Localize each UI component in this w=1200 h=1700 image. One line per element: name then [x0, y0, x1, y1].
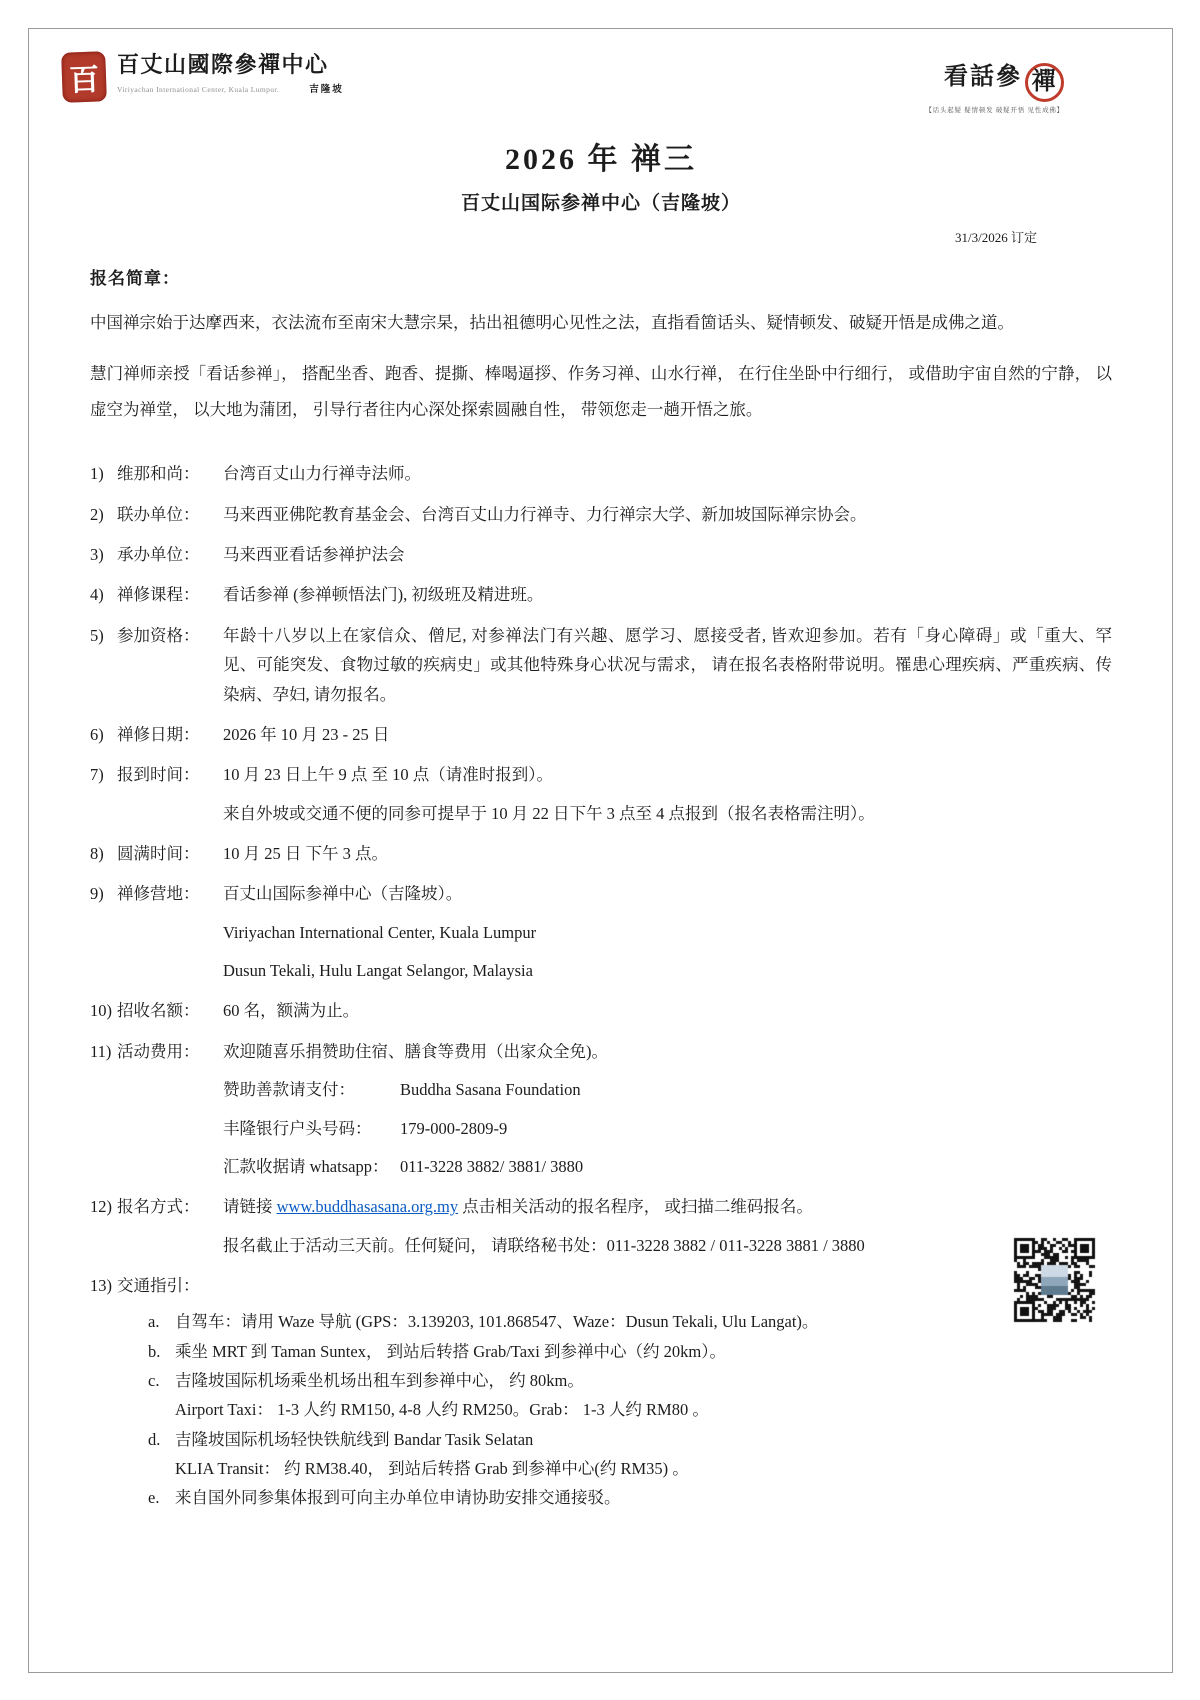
item-number: 12) — [90, 1192, 117, 1260]
item-line: 2026 年 10 月 23 - 25 日 — [223, 720, 1112, 749]
item-subline-label: 赞助善款请支付： — [223, 1075, 400, 1104]
item-line: 60 名，额满为止。 — [223, 996, 1112, 1025]
item-value: 10 月 23 日上午 9 点 至 10 点（请准时报到）。来自外坡或交通不便的… — [223, 760, 1112, 828]
item-value — [223, 1271, 1112, 1300]
center-name-kl: 吉隆坡 — [309, 81, 344, 95]
revision-note: 31/3/2026 订定 — [90, 227, 1112, 246]
list-item: 3)承办单位：马来西亚看话参禅护法会 — [90, 540, 1112, 569]
item-number: 10) — [90, 996, 117, 1025]
subitem-text: 吉隆坡国际机场乘坐机场出租车到参禅中心， 约 80km。Airport Taxi… — [175, 1366, 1112, 1425]
list-item: 4)禅修课程：看话参禅 (参禅顿悟法门), 初级班及精进班。 — [90, 580, 1112, 609]
item-line: 请链接 www.buddhasasana.org.my 点击相关活动的报名程序，… — [223, 1192, 1112, 1221]
section-heading: 报名简章： — [90, 264, 1112, 289]
item-number: 13) — [90, 1271, 117, 1300]
item-line: 马来西亚佛陀教育基金会、台湾百丈山力行禅寺、力行禅宗大学、新加坡国际禅宗协会。 — [223, 500, 1112, 529]
item-label: 圆满时间： — [117, 839, 223, 868]
intro-paragraph-2: 慧门禅师亲授「看话参禅」， 搭配坐香、跑香、提撕、棒喝逼拶、作务习禅、山水行禅，… — [90, 356, 1112, 427]
transport-subitem: a.自驾车：请用 Waze 导航 (GPS：3.139203, 101.8685… — [148, 1307, 1112, 1336]
item-line: 百丈山国际参禅中心（吉隆坡）。 — [223, 879, 1112, 908]
khp-logo-prefix: 看話參 — [944, 64, 1022, 90]
item-value: 2026 年 10 月 23 - 25 日 — [223, 720, 1112, 749]
item-number: 8) — [90, 839, 117, 868]
item-line: 年龄十八岁以上在家信众、僧尼, 对参禅法门有兴趣、愿学习、愿接受者, 皆欢迎参加… — [223, 621, 1112, 709]
item-value: 看话参禅 (参禅顿悟法门), 初级班及精进班。 — [223, 580, 1112, 609]
list-item: 9)禅修营地：百丈山国际参禅中心（吉隆坡）。Viriyachan Interna… — [90, 879, 1112, 985]
transport-sublist: a.自驾车：请用 Waze 导航 (GPS：3.139203, 101.8685… — [148, 1307, 1112, 1513]
list-item: 11)活动费用：欢迎随喜乐捐赞助住宿、膳食等费用（出家众全免)。赞助善款请支付：… — [90, 1037, 1112, 1181]
khp-logo-tagline: 【话头起疑 疑情顿发 破疑开悟 见性成佛】 — [925, 105, 1064, 114]
item-line: 赞助善款请支付：Buddha Sasana Foundation — [223, 1075, 1112, 1104]
transport-subitem: c.吉隆坡国际机场乘坐机场出租车到参禅中心， 约 80km。Airport Ta… — [148, 1366, 1112, 1425]
item-line: 台湾百丈山力行禅寺法师。 — [223, 459, 1112, 488]
item-label: 禅修营地： — [117, 879, 223, 985]
item-value: 百丈山国际参禅中心（吉隆坡）。Viriyachan International … — [223, 879, 1112, 985]
item-subline-label: 汇款收据请 whatsapp： — [223, 1152, 400, 1181]
registration-link[interactable]: www.buddhasasana.org.my — [277, 1197, 458, 1216]
item-label: 交通指引： — [117, 1271, 223, 1300]
item-value: 10 月 25 日 下午 3 点。 — [223, 839, 1112, 868]
list-item: 10)招收名额：60 名，额满为止。 — [90, 996, 1112, 1025]
khp-logo-ring-char: 禪 — [1025, 63, 1064, 102]
item-value: 马来西亚看话参禅护法会 — [223, 540, 1112, 569]
header: 百 百丈山國際參禪中心 Viriyachan International Cen… — [62, 52, 1112, 114]
item-subline-label: 丰隆银行户头号码： — [223, 1114, 400, 1143]
subitem-letter: a. — [148, 1307, 175, 1336]
subitem-line: 来自国外同参集体报到可向主办单位申请协助安排交通接驳。 — [175, 1483, 1112, 1512]
subitem-text: 乘坐 MRT 到 Taman Suntex， 到站后转搭 Grab/Taxi 到… — [175, 1337, 1112, 1366]
list-item: 5)参加资格：年龄十八岁以上在家信众、僧尼, 对参禅法门有兴趣、愿学习、愿接受者… — [90, 621, 1112, 709]
item-label: 禅修日期： — [117, 720, 223, 749]
document-page: { "colors": { "seal_red": "#b23a2b", "ri… — [0, 0, 1200, 1700]
list-item: 13)交通指引：a.自驾车：请用 Waze 导航 (GPS：3.139203, … — [90, 1271, 1112, 1513]
item-line: 10 月 23 日上午 9 点 至 10 点（请准时报到）。 — [223, 760, 1112, 789]
qr-code-canvas — [1012, 1236, 1096, 1324]
center-name-en: Viriyachan International Center, Kuala L… — [117, 85, 279, 94]
item-line: 欢迎随喜乐捐赞助住宿、膳食等费用（出家众全免)。 — [223, 1037, 1112, 1066]
intro-paragraph-1: 中国禅宗始于达摩西来，衣法流布至南宋大慧宗杲，拈出祖德明心见性之法，直指看箇话头… — [90, 305, 1112, 340]
item-label: 报名方式： — [117, 1192, 223, 1260]
subitem-letter: b. — [148, 1337, 175, 1366]
item-line: Viriyachan International Center, Kuala L… — [223, 918, 1112, 947]
items-list: 1)维那和尚：台湾百丈山力行禅寺法师。2)联办单位：马来西亚佛陀教育基金会、台湾… — [90, 459, 1112, 1512]
item-number: 9) — [90, 879, 117, 985]
subitem-line: 自驾车：请用 Waze 导航 (GPS：3.139203, 101.868547… — [175, 1307, 1112, 1336]
transport-subitem: b.乘坐 MRT 到 Taman Suntex， 到站后转搭 Grab/Taxi… — [148, 1337, 1112, 1366]
page-subtitle: 百丈山国际参禅中心（吉隆坡） — [90, 188, 1112, 215]
item-line: 报名截止于活动三天前。任何疑问， 请联络秘书处：011-3228 3882 / … — [223, 1231, 1112, 1260]
item-value: 马来西亚佛陀教育基金会、台湾百丈山力行禅寺、力行禅宗大学、新加坡国际禅宗协会。 — [223, 500, 1112, 529]
subitem-text: 吉隆坡国际机场轻快铁航线到 Bandar Tasik SelatanKLIA T… — [175, 1425, 1112, 1484]
subitem-line: KLIA Transit： 约 RM38.40， 到站后转搭 Grab 到参禅中… — [175, 1454, 1112, 1483]
subitem-line: 乘坐 MRT 到 Taman Suntex， 到站后转搭 Grab/Taxi 到… — [175, 1337, 1112, 1366]
item-value: 欢迎随喜乐捐赞助住宿、膳食等费用（出家众全免)。赞助善款请支付：Buddha S… — [223, 1037, 1112, 1181]
khp-logo-text: 看話參禪 — [925, 56, 1064, 102]
subitem-letter: d. — [148, 1425, 175, 1484]
center-logo-text: 百丈山國際參禪中心 Viriyachan International Cente… — [117, 52, 344, 95]
subitem-text: 来自国外同参集体报到可向主办单位申请协助安排交通接驳。 — [175, 1483, 1112, 1512]
item-number: 6) — [90, 720, 117, 749]
item-value: 60 名，额满为止。 — [223, 996, 1112, 1025]
item-label: 联办单位： — [117, 500, 223, 529]
list-item: 7)报到时间：10 月 23 日上午 9 点 至 10 点（请准时报到）。来自外… — [90, 760, 1112, 828]
list-item: 6)禅修日期：2026 年 10 月 23 - 25 日 — [90, 720, 1112, 749]
item-line: 马来西亚看话参禅护法会 — [223, 540, 1112, 569]
item-line: 汇款收据请 whatsapp：011-3228 3882/ 3881/ 3880 — [223, 1152, 1112, 1181]
subitem-line: 吉隆坡国际机场乘坐机场出租车到参禅中心， 约 80km。 — [175, 1366, 1112, 1395]
item-line: 10 月 25 日 下午 3 点。 — [223, 839, 1112, 868]
item-line: 来自外坡或交通不便的同参可提早于 10 月 22 日下午 3 点至 4 点报到（… — [223, 799, 1112, 828]
item-label: 承办单位： — [117, 540, 223, 569]
item-label: 参加资格： — [117, 621, 223, 709]
item-number: 3) — [90, 540, 117, 569]
item-label: 维那和尚： — [117, 459, 223, 488]
item-line: 丰隆银行户头号码：179-000-2809-9 — [223, 1114, 1112, 1143]
page-content: 百 百丈山國際參禪中心 Viriyachan International Cen… — [90, 52, 1112, 1524]
item-number: 11) — [90, 1037, 117, 1181]
list-item: 12)报名方式：请链接 www.buddhasasana.org.my 点击相关… — [90, 1192, 1112, 1260]
item-number: 1) — [90, 459, 117, 488]
subitem-line: 吉隆坡国际机场轻快铁航线到 Bandar Tasik Selatan — [175, 1425, 1112, 1454]
item-number: 7) — [90, 760, 117, 828]
list-item: 8)圆满时间：10 月 25 日 下午 3 点。 — [90, 839, 1112, 868]
item-value: 请链接 www.buddhasasana.org.my 点击相关活动的报名程序，… — [223, 1192, 1112, 1260]
item-line: 看话参禅 (参禅顿悟法门), 初级班及精进班。 — [223, 580, 1112, 609]
item-number: 2) — [90, 500, 117, 529]
subitem-letter: c. — [148, 1366, 175, 1425]
item-label: 禅修课程： — [117, 580, 223, 609]
item-number: 4) — [90, 580, 117, 609]
transport-subitem: d.吉隆坡国际机场轻快铁航线到 Bandar Tasik SelatanKLIA… — [148, 1425, 1112, 1484]
item-label: 活动费用： — [117, 1037, 223, 1181]
center-name-zh: 百丈山國際參禪中心 — [117, 52, 344, 77]
center-name-sub: Viriyachan International Center, Kuala L… — [117, 81, 344, 95]
red-seal-icon: 百 — [61, 51, 107, 103]
item-label: 招收名额： — [117, 996, 223, 1025]
item-label: 报到时间： — [117, 760, 223, 828]
subitem-letter: e. — [148, 1483, 175, 1512]
subitem-line: Airport Taxi： 1-3 人约 RM150, 4-8 人约 RM250… — [175, 1395, 1112, 1424]
item-number: 5) — [90, 621, 117, 709]
list-item: 2)联办单位：马来西亚佛陀教育基金会、台湾百丈山力行禅寺、力行禅宗大学、新加坡国… — [90, 500, 1112, 529]
subitem-text: 自驾车：请用 Waze 导航 (GPS：3.139203, 101.868547… — [175, 1307, 1112, 1336]
item-value: 台湾百丈山力行禅寺法师。 — [223, 459, 1112, 488]
item-line: Dusun Tekali, Hulu Langat Selangor, Mala… — [223, 956, 1112, 985]
khp-logo: 看話參禪 【话头起疑 疑情顿发 破疑开悟 见性成佛】 — [925, 56, 1064, 114]
transport-subitem: e.来自国外同参集体报到可向主办单位申请协助安排交通接驳。 — [148, 1483, 1112, 1512]
page-title: 2026 年 禅三 — [90, 134, 1112, 178]
item-value: 年龄十八岁以上在家信众、僧尼, 对参禅法门有兴趣、愿学习、愿接受者, 皆欢迎参加… — [223, 621, 1112, 709]
center-logo: 百 百丈山國際參禪中心 Viriyachan International Cen… — [62, 52, 344, 102]
list-item: 1)维那和尚：台湾百丈山力行禅寺法师。 — [90, 459, 1112, 488]
registration-qr-code — [1012, 1236, 1096, 1324]
